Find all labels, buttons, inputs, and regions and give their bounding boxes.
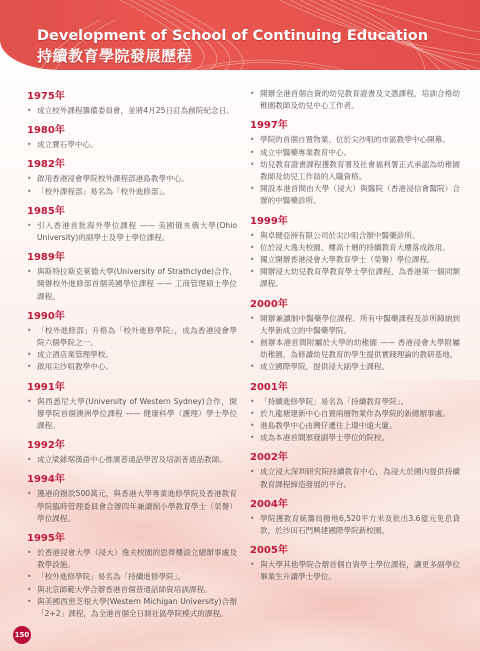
- timeline-section-1989: 1989年 與斯特拉斯克萊德大學(University of Strathcly…: [27, 251, 237, 303]
- year-heading: 1999年: [250, 215, 460, 228]
- timeline-item: 成立校外課程籌備委員會，並將4月25日訂為創院紀念日。: [27, 105, 237, 117]
- timeline-item: 與美國西密芝根大學(Western Michigan University)合辦…: [27, 596, 237, 620]
- timeline-item: 成立酒店業管理學校。: [27, 349, 237, 361]
- page-number-badge: 150: [13, 626, 31, 644]
- timeline-section-1985: 1985年 引入香港首批海外學位課程 —— 美國俄亥俄大學(Ohio Unive…: [27, 205, 237, 244]
- year-heading: 1985年: [27, 205, 237, 218]
- timeline-item: 啟用尖沙咀教學中心。: [27, 361, 237, 373]
- timeline-item: 與卓健亞洲有限公司於尖沙咀合辦中醫藥診所。: [250, 230, 460, 242]
- timeline-item: 與北京師範大學合辦香港首個普通話師資培訓課程。: [27, 584, 237, 596]
- year-heading: 1995年: [27, 532, 237, 545]
- timeline-item: 創辦本港首間附屬於大學的幼稚園 —— 香港浸會大學附屬幼稚園，為修讀幼兒教育的學…: [250, 337, 460, 361]
- timeline-item: 於香港浸會大學（浸大）逸夫校園的思齊樓設立總辦事處及教學設施。: [27, 547, 237, 571]
- page-title-english: Development of School of Continuing Educ…: [37, 28, 428, 44]
- timeline-section-1990: 1990年 「校外進修部」升格為「校外進修學院」，成為香港浸會學院六個學院之一。…: [27, 310, 237, 374]
- timeline-item: 於九龍塘建新中心自置兩層物業作為學院的新總辦事處。: [250, 408, 460, 420]
- timeline-item: 獨立開辦香港浸會大學教育學士（榮譽）學位課程。: [250, 254, 460, 266]
- year-heading: 1997年: [250, 119, 460, 132]
- timeline-section-2001: 2001年 「持續進修學院」易名為「持續教育學院」。 於九龍塘建新中心自置兩層物…: [250, 381, 460, 445]
- year-heading: 1975年: [27, 90, 237, 103]
- timeline-item: 「校外進修學院」易名為「持續進修學院」。: [27, 571, 237, 583]
- timeline-section-2005: 2005年 與大學其他學院合辦首個自資學士學位課程，讓更多副學位畢業生升讀學士學…: [250, 544, 460, 583]
- timeline-section-1991: 1991年 與西悉尼大學(University of Western Sydne…: [27, 381, 237, 433]
- timeline-item: 成立浸大深圳研究院持續教育中心，為浸大於國內提供持續教育課程締造發展的平台。: [250, 466, 460, 490]
- timeline-item: 成立國際學院，提供浸大副學士課程。: [250, 361, 460, 373]
- timeline-item: 開辦兼讀制中醫藥學位課程。所有中醫藥課程及診所歸納到大學新成立的中醫藥學院。: [250, 313, 460, 337]
- year-heading: 1991年: [27, 381, 237, 394]
- timeline-item: 成立寶石學中心。: [27, 139, 237, 151]
- timeline-item: 成立中醫藥專業教育中心。: [250, 147, 460, 159]
- timeline-section-2004: 2004年 學院獲教育統籌局撥地6,520平方米及批出3.6億元免息貸款，於沙田…: [250, 498, 460, 537]
- year-heading: 2004年: [250, 498, 460, 511]
- year-heading: 1982年: [27, 158, 237, 171]
- timeline-section-2000: 2000年 開辦兼讀制中醫藥學位課程。所有中醫藥課程及診所歸納到大學新成立的中醫…: [250, 298, 460, 374]
- timeline-section-1995-continued: 開辦全港首個自資的幼兒教育證書及文憑課程，培訓合格幼稚園教師及幼兒中心工作者。: [250, 88, 460, 112]
- timeline-section-1975: 1975年 成立校外課程籌備委員會，並將4月25日訂為創院紀念日。: [27, 90, 237, 117]
- timeline-item: 成立梁銶琚漢語中心推廣普通話學習及培訓普通話教師。: [27, 454, 237, 466]
- timeline-item: 與斯特拉斯克萊德大學(University of Strathclyde)合作，…: [27, 266, 237, 303]
- timeline-section-1995: 1995年 於香港浸會大學（浸大）逸夫校園的思齊樓設立總辦事處及教學設施。 「校…: [27, 532, 237, 620]
- timeline-right-column: 開辦全港首個自資的幼兒教育證書及文憑課程，培訓合格幼稚園教師及幼兒中心工作者。 …: [250, 88, 460, 591]
- page-title-chinese: 持續教育學院發展歷程: [37, 45, 192, 66]
- timeline-item: 學院的首個自置物業、位於尖沙咀的市區教學中心開幕。: [250, 134, 460, 146]
- timeline-item: 學院獲教育統籌局撥地6,520平方米及批出3.6億元免息貸款，於沙田石門興建國際…: [250, 513, 460, 537]
- year-heading: 2002年: [250, 451, 460, 464]
- timeline-item: 啟用香港浸會學院校外課程部港島教學中心。: [27, 173, 237, 185]
- timeline-item: 與大學其他學院合辦首個自資學士學位課程，讓更多副學位畢業生升讀學士學位。: [250, 559, 460, 583]
- timeline-item: 幼兒教育證書課程獲教育署及社會福利署正式承認為幼稚園教師及幼兒工作員的入職資格。: [250, 159, 460, 183]
- timeline-item: 開辦全港首個自資的幼兒教育證書及文憑課程，培訓合格幼稚園教師及幼兒中心工作者。: [250, 88, 460, 112]
- year-heading: 2001年: [250, 381, 460, 394]
- timeline-section-2002: 2002年 成立浸大深圳研究院持續教育中心，為浸大於國內提供持續教育課程締造發展…: [250, 451, 460, 490]
- timeline-item: 位於浸大逸夫校園、樓高十層的持續教育大樓落成啟用。: [250, 242, 460, 254]
- year-heading: 1994年: [27, 473, 237, 486]
- year-heading: 1992年: [27, 439, 237, 452]
- timeline-item: 「持續進修學院」易名為「持續教育學院」。: [250, 396, 460, 408]
- timeline-item: 引入香港首批海外學位課程 —— 美國俄亥俄大學(Ohio University)…: [27, 220, 237, 244]
- timeline-section-1980: 1980年 成立寶石學中心。: [27, 124, 237, 151]
- timeline-section-1999: 1999年 與卓健亞洲有限公司於尖沙咀合辦中醫藥診所。 位於浸大逸夫校園、樓高十…: [250, 215, 460, 291]
- timeline-section-1992: 1992年 成立梁銶琚漢語中心推廣普通話學習及培訓普通話教師。: [27, 439, 237, 466]
- timeline-item: 開辦浸大幼兒教育學教育學士學位課程，為香港第一個同類課程。: [250, 266, 460, 290]
- timeline-item: 「校外進修部」升格為「校外進修學院」，成為香港浸會學院六個學院之一。: [27, 325, 237, 349]
- year-heading: 1989年: [27, 251, 237, 264]
- timeline-item: 成為本港首間頒發副學士學位的院校。: [250, 432, 460, 444]
- timeline-item: 「校外課程部」易名為「校外進修部」。: [27, 186, 237, 198]
- year-heading: 1980年: [27, 124, 237, 137]
- year-heading: 1990年: [27, 310, 237, 323]
- year-heading: 2005年: [250, 544, 460, 557]
- timeline-item: 與西悉尼大學(University of Western Sydney)合作，開…: [27, 396, 237, 433]
- timeline-item: 開設本港首間由大學（浸大）與醫院（香港浸信會醫院）合辦的中醫藥診所。: [250, 183, 460, 207]
- timeline-item: 港島教學中心由灣仔遷往上環中遠大廈。: [250, 420, 460, 432]
- page-header-banner: Development of School of Continuing Educ…: [0, 0, 480, 70]
- timeline-left-column: 1975年 成立校外課程籌備委員會，並將4月25日訂為創院紀念日。 1980年 …: [27, 90, 237, 627]
- year-heading: 2000年: [250, 298, 460, 311]
- timeline-section-1997: 1997年 學院的首個自置物業、位於尖沙咀的市區教學中心開幕。 成立中醫藥專業教…: [250, 119, 460, 207]
- timeline-section-1994: 1994年 獲港府撥款500萬元，與香港大學專業進修學院及香港教育學院臨時管理委…: [27, 473, 237, 525]
- timeline-item: 獲港府撥款500萬元，與香港大學專業進修學院及香港教育學院臨時管理委員會合辦四年…: [27, 488, 237, 525]
- timeline-section-1982: 1982年 啟用香港浸會學院校外課程部港島教學中心。 「校外課程部」易名為「校外…: [27, 158, 237, 197]
